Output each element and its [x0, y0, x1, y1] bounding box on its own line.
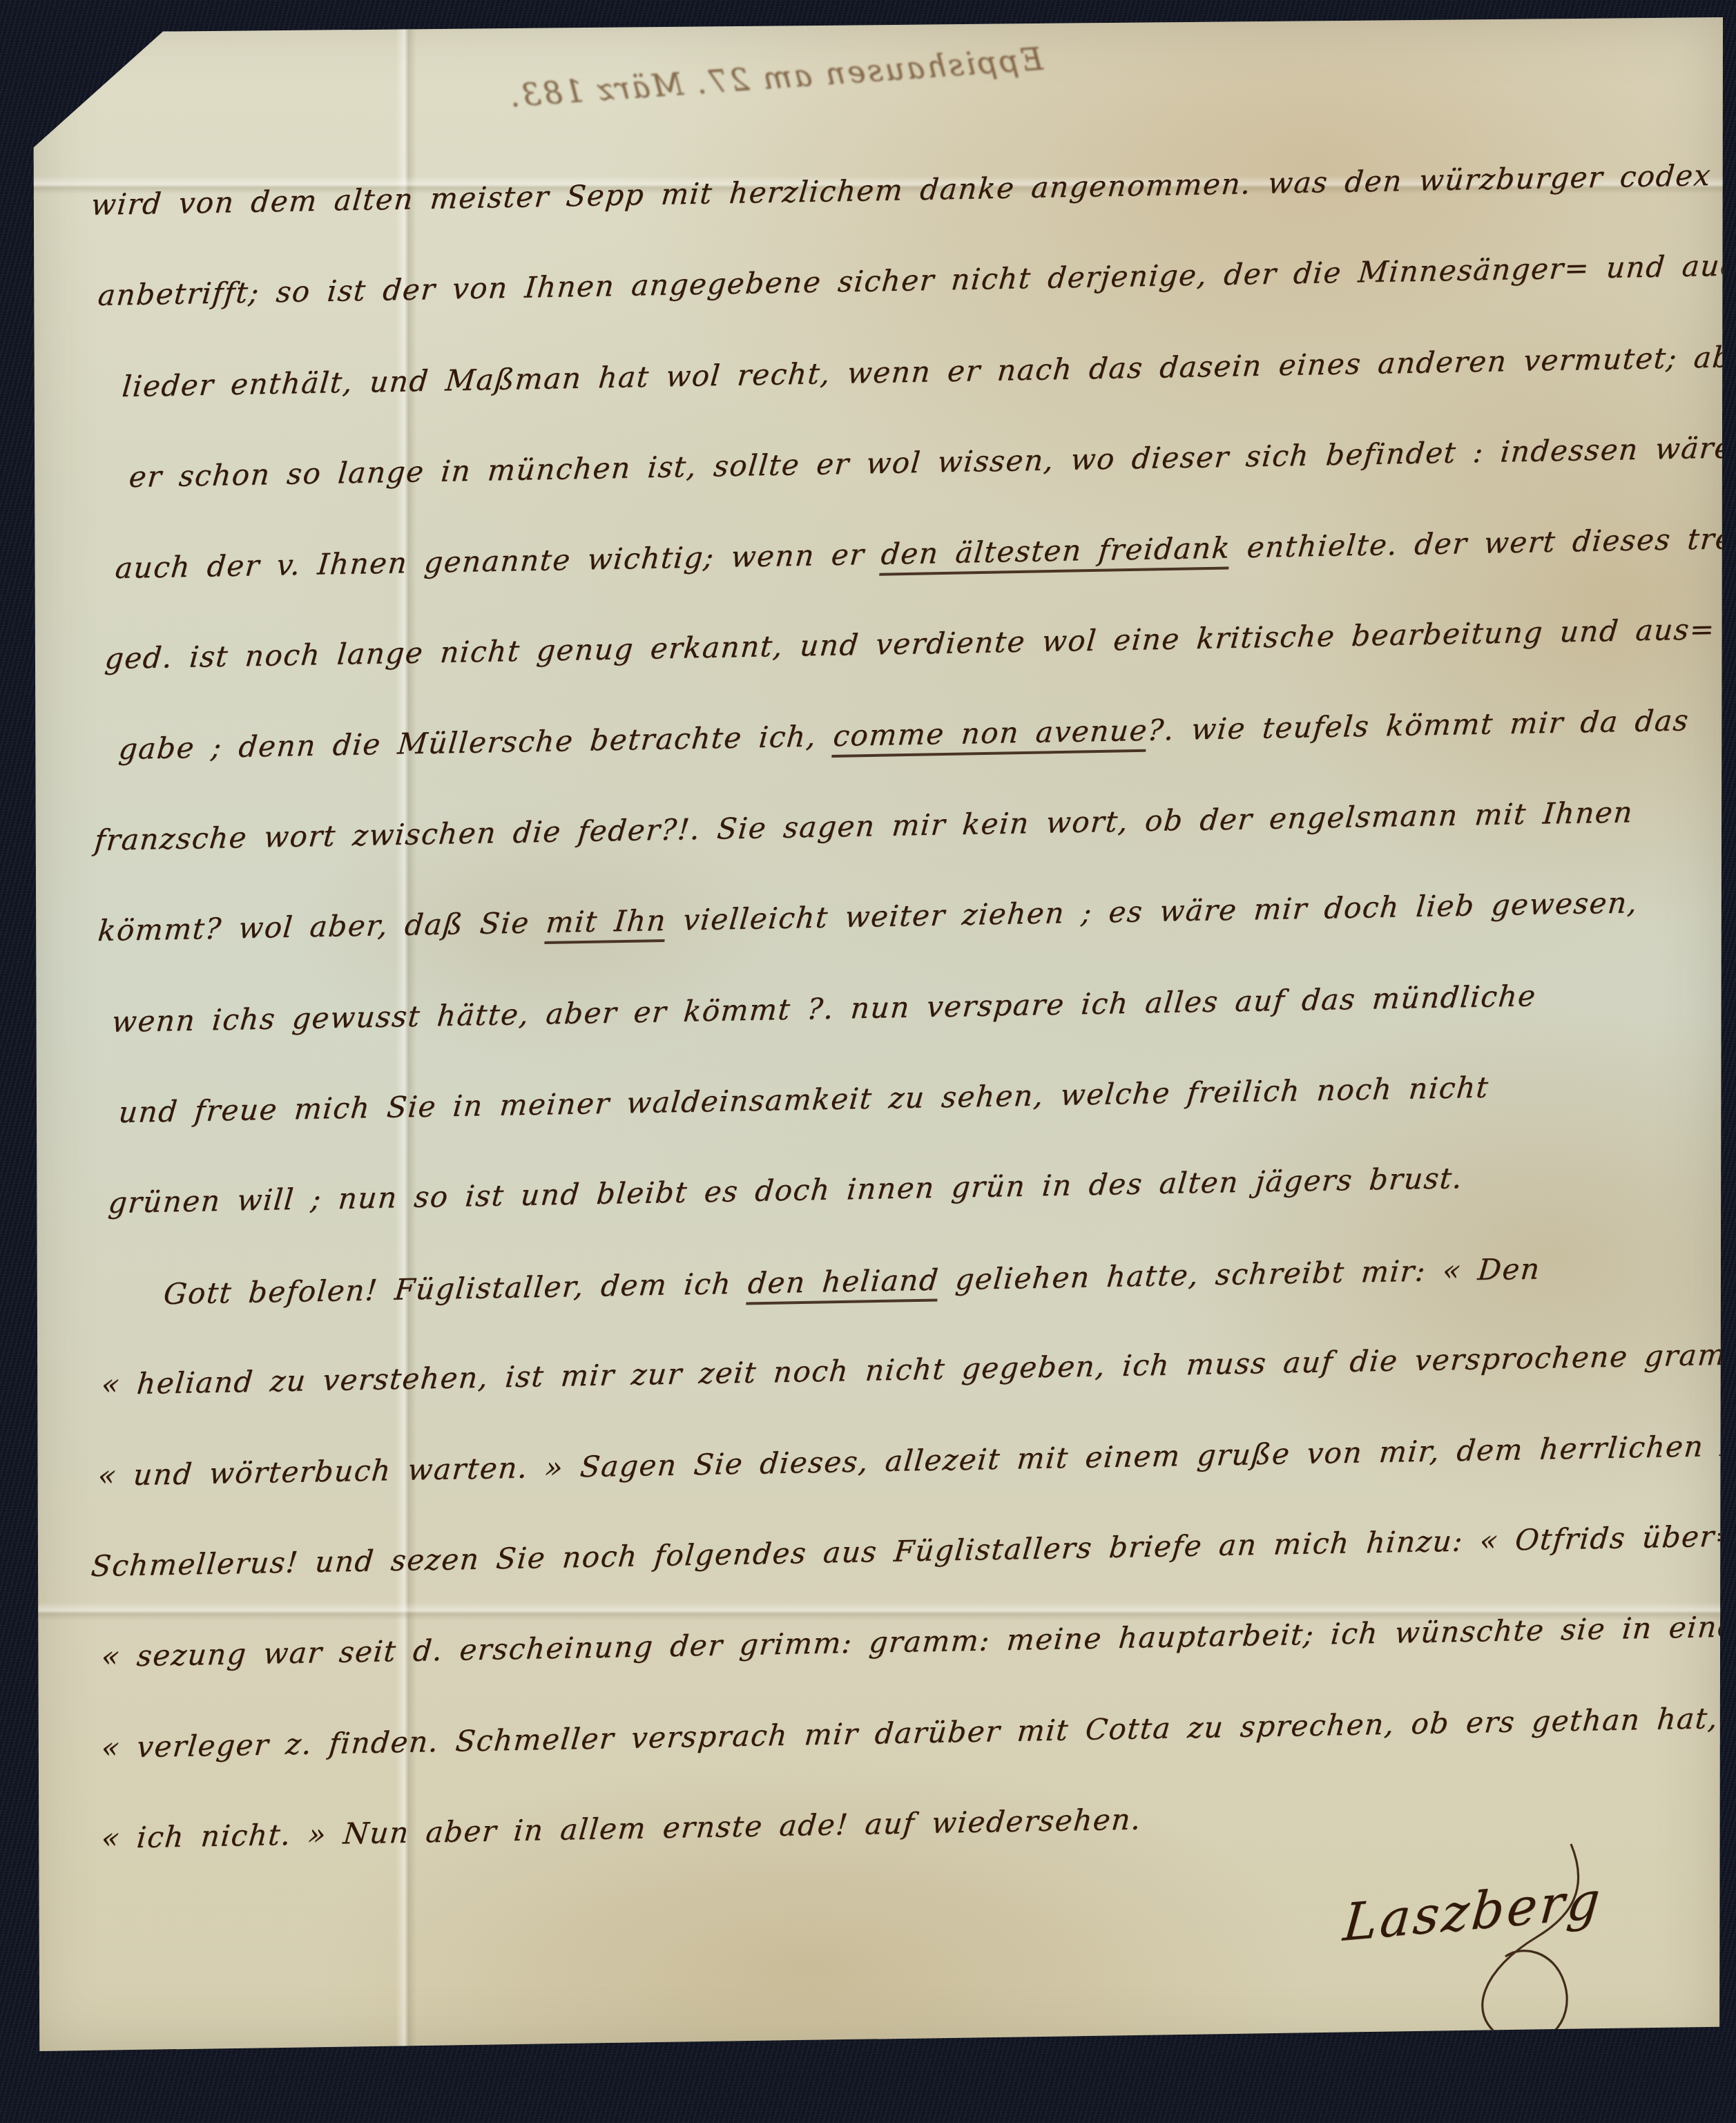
text-segment: « heliand zu verstehen, ist mir zur zeit… — [100, 1336, 1736, 1401]
text-segment: und freue mich Sie in meiner waldeinsamk… — [117, 1070, 1490, 1129]
letter-paper-sheet: Eppishausen am 27. März 183. wird von de… — [31, 17, 1723, 2051]
letter-line: er schon so lange in münchen ist, sollte… — [128, 431, 1734, 494]
signature-flourish — [1409, 1841, 1616, 2062]
letter-line: lieder enthält, und Maßman hat wol recht… — [121, 338, 1736, 403]
text-segment: enthielte. der wert dieses trefflichen — [1229, 519, 1736, 564]
text-segment: auch der v. Ihnen genannte wichtig; wenn… — [114, 537, 883, 584]
text-segment: « und wörterbuch warten. » Sagen Sie die… — [97, 1427, 1736, 1492]
letter-line: auch der v. Ihnen genannte wichtig; wenn… — [114, 519, 1736, 584]
letter-line: anbetrifft; so ist der von Ihnen angegeb… — [97, 245, 1736, 312]
text-segment: franzsche wort zwischen die feder?!. Sie… — [93, 795, 1634, 857]
text-segment: geliehen hatte, schreibt mir: « Den — [938, 1251, 1542, 1296]
letter-line: « ich nicht. » Nun aber in allem ernste … — [100, 1802, 1143, 1855]
text-segment: wenn ichs gewusst hätte, aber er kömmt ?… — [110, 979, 1538, 1039]
underlined-phrase: den heliand — [746, 1262, 941, 1305]
letter-line: « und wörterbuch warten. » Sagen Sie die… — [97, 1427, 1736, 1492]
text-segment: kömmt? wol aber, daß Sie — [97, 905, 548, 948]
text-segment: « verleger z. finden. Schmeller versprac… — [100, 1699, 1736, 1765]
text-segment: anbetrifft; so ist der von Ihnen angegeb… — [97, 245, 1736, 312]
letter-line: wird von dem alten meister Sepp mit herz… — [90, 158, 1713, 222]
letter-line: gabe ; denn die Müllersche betrachte ich… — [117, 704, 1690, 767]
letter-line: « verleger z. finden. Schmeller versprac… — [100, 1699, 1736, 1765]
text-segment: lieder enthält, und Maßman hat wol recht… — [121, 338, 1736, 403]
letter-line: Schmellerus! und sezen Sie noch folgende… — [90, 1519, 1736, 1583]
text-segment: er schon so lange in münchen ist, sollte… — [128, 431, 1734, 494]
text-segment: ?. wie teufels kömmt mir da das — [1146, 704, 1690, 747]
text-segment: ged. ist noch lange nicht genug erkannt,… — [104, 612, 1717, 675]
text-segment: Gott befolen! Füglistaller, dem ich — [162, 1266, 749, 1311]
text-segment: grünen will ; nun so ist und bleibt es d… — [107, 1161, 1465, 1220]
letter-line: wenn ichs gewusst hätte, aber er kömmt ?… — [110, 979, 1538, 1039]
text-segment: gabe ; denn die Müllersche betrachte ich… — [117, 719, 835, 766]
letter-line: grünen will ; nun so ist und bleibt es d… — [107, 1161, 1465, 1220]
bleedthrough-date-note: Eppishausen am 27. März 183. — [507, 41, 1044, 114]
text-segment: Schmellerus! und sezen Sie noch folgende… — [90, 1519, 1736, 1583]
text-segment: « ich nicht. » Nun aber in allem ernste … — [100, 1802, 1143, 1855]
letter-line: kömmt? wol aber, daß Sie mit Ihn viellei… — [97, 885, 1639, 948]
text-segment: vielleicht weiter ziehen ; es wäre mir d… — [665, 885, 1639, 937]
letter-line: und freue mich Sie in meiner waldeinsamk… — [117, 1070, 1490, 1129]
letter-scan: { "page": { "background_color": "#11141f… — [0, 0, 1736, 2123]
letter-line: franzsche wort zwischen die feder?!. Sie… — [93, 795, 1634, 857]
letter-line: ged. ist noch lange nicht genug erkannt,… — [104, 612, 1717, 675]
underlined-phrase: comme non avenue — [831, 713, 1149, 758]
letter-line: Gott befolen! Füglistaller, dem ich den … — [162, 1251, 1542, 1311]
letter-line: « heliand zu verstehen, ist mir zur zeit… — [100, 1336, 1736, 1401]
text-segment: wird von dem alten meister Sepp mit herz… — [90, 158, 1713, 222]
underlined-phrase: den ältesten freidank — [879, 530, 1232, 575]
underlined-phrase: mit Ihn — [544, 903, 668, 944]
